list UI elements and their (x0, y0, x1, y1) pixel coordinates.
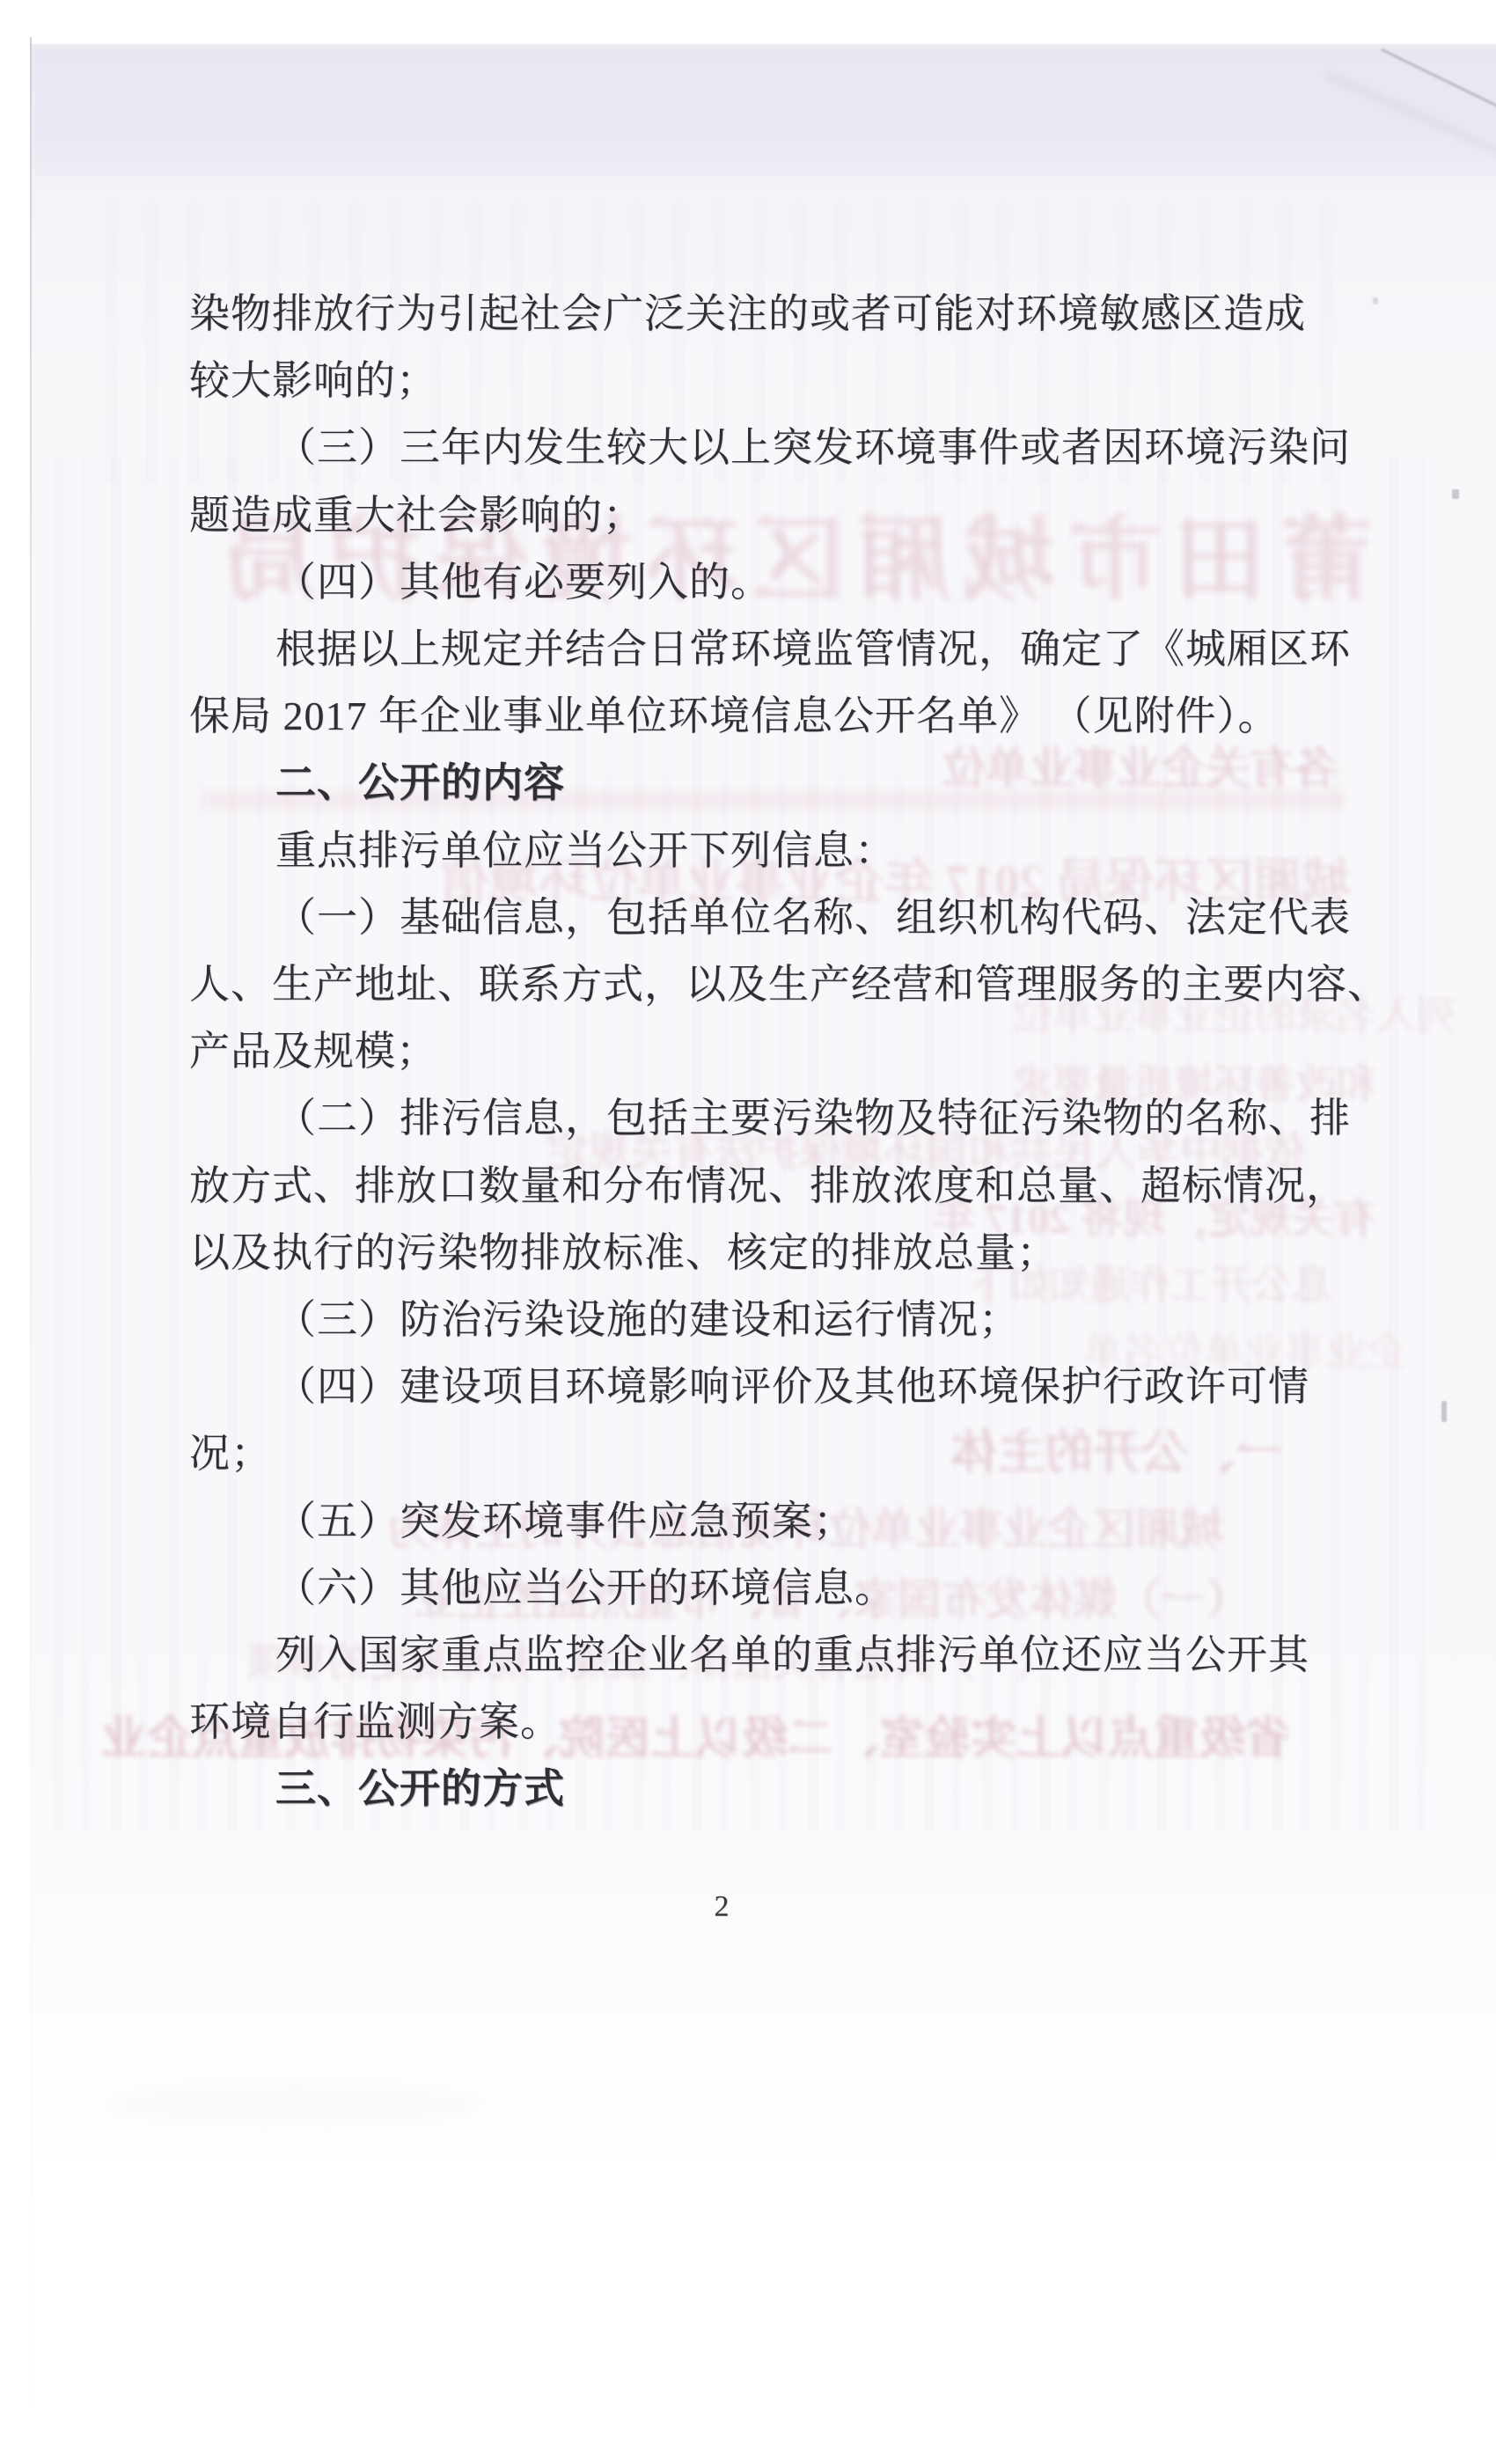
page-number: 2 (695, 1890, 748, 1924)
section-heading: 三、公开的方式 (275, 1756, 565, 1815)
scanner-smudge (106, 2084, 484, 2126)
text-line: 保局 2017 年企业事业单位环境信息公开名单》 （见附件）。 (189, 684, 1280, 742)
text-line: 放方式、排放口数量和分布情况、排放浓度和总量、超标情况， (189, 1154, 1347, 1212)
scanner-tint-band (35, 49, 1496, 176)
text-line: 根据以上规定并结合日常环境监管情况，确定了《城厢区环 (275, 617, 1351, 675)
text-line: 环境自行监测方案。 (189, 1690, 561, 1748)
text-line: 列入国家重点监控企业名单的重点排污单位还应当公开其 (275, 1623, 1309, 1681)
section-heading: 二、公开的内容 (275, 751, 565, 809)
text-line: （三）防治污染设施的建设和运行情况； (275, 1287, 1020, 1346)
text-line: 以及执行的污染物排放标准、核定的排放总量； (189, 1221, 1058, 1279)
paper-left-edge (30, 37, 32, 2448)
text-line: （五）突发环境事件应急预案； (275, 1489, 854, 1547)
text-line: 染物排放行为引起社会广泛关注的或者可能对环境敏感区造成 (189, 282, 1306, 340)
text-line: （四）其他有必要列入的。 (275, 550, 772, 608)
text-line: （三）三年内发生较大以上突发环境事件或者因环境污染问 (275, 415, 1351, 473)
text-line: （二）排污信息，包括主要污染物及特征污染物的名称、排 (275, 1086, 1351, 1144)
ink-speck (1452, 489, 1459, 499)
text-line: （四）建设项目环境影响评价及其他环境保护行政许可情 (275, 1354, 1309, 1412)
ink-speck (1441, 1401, 1447, 1422)
text-line: 较大影响的； (189, 348, 437, 407)
text-line: 重点排污单位应当公开下列信息： (275, 818, 896, 876)
ink-speck (1373, 297, 1378, 304)
text-line: （一）基础信息，包括单位名称、组织机构代码、法定代表 (275, 885, 1351, 943)
text-line: 题造成重大社会影响的； (189, 483, 644, 541)
document-scan: 莆田市城厢区环境保护局各有关企业事业单位城厢区环保局 2017 年企业事业单位环… (0, 0, 1496, 2464)
text-line: 况； (189, 1421, 272, 1479)
text-line: 人、生产地址、联系方式，以及生产经营和管理服务的主要内容、 (189, 952, 1389, 1010)
text-line: （六）其他应当公开的环境信息。 (275, 1556, 896, 1614)
text-line: 产品及规模； (189, 1019, 437, 1077)
